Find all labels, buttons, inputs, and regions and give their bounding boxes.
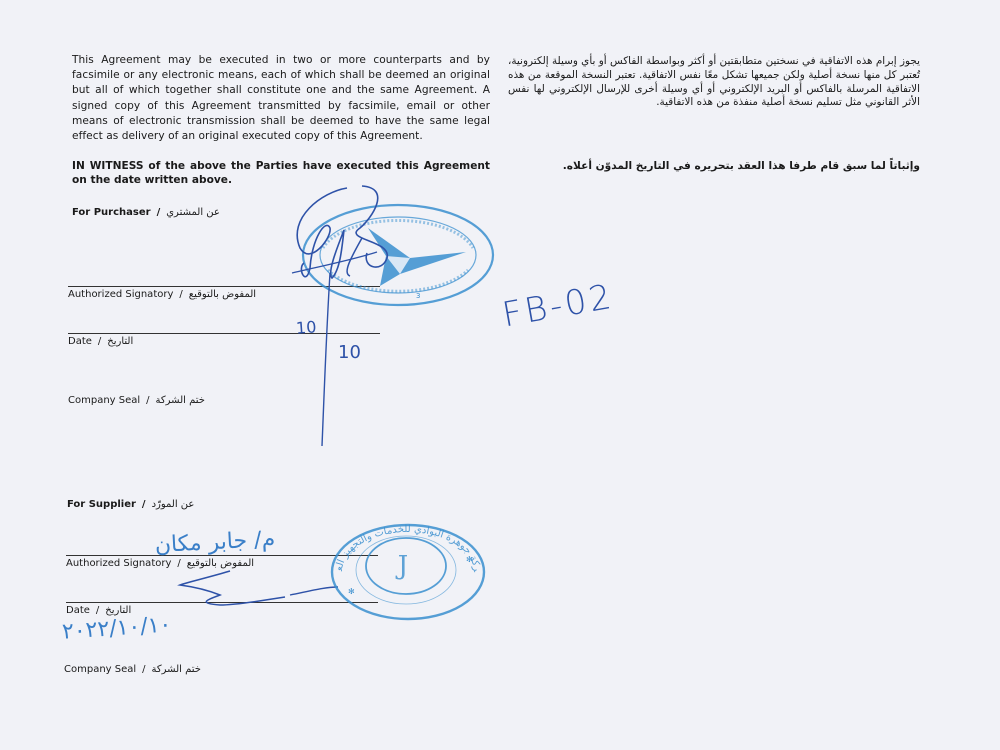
purchaser-handwritten-date-1: 10 bbox=[295, 317, 317, 337]
purchaser-seal-ar: ختم الشركة bbox=[156, 395, 205, 406]
supplier-signatory-label: Authorized Signatory/المفوض بالتوقيع bbox=[66, 558, 254, 569]
separator: / bbox=[179, 289, 182, 300]
arabic-counterparts-clause: يجوز إبرام هذه الاتفاقية في نسختين متطاب… bbox=[508, 55, 920, 110]
supplier-seal-ar: ختم الشركة bbox=[152, 664, 201, 675]
separator: / bbox=[96, 605, 99, 616]
supplier-signature bbox=[150, 565, 350, 615]
purchaser-heading-en: For Purchaser bbox=[72, 207, 151, 218]
purchaser-seal-en: Company Seal bbox=[68, 395, 140, 406]
separator: / bbox=[142, 664, 145, 675]
supplier-handwritten-date: ٢٠٢٢/١٠/١٠ bbox=[61, 612, 172, 645]
purchaser-signature-line bbox=[68, 286, 380, 287]
supplier-heading: For Supplier/عن المورّد bbox=[67, 499, 194, 510]
purchaser-heading: For Purchaser/عن المشتري bbox=[72, 207, 220, 218]
contract-signature-page: This Agreement may be executed in two or… bbox=[0, 0, 1000, 750]
purchaser-signature bbox=[282, 178, 432, 618]
purchaser-heading-ar: عن المشتري bbox=[166, 207, 220, 218]
purchaser-date-label: Date/التاريخ bbox=[68, 336, 133, 347]
separator: / bbox=[142, 499, 146, 510]
separator: / bbox=[146, 395, 149, 406]
purchaser-signatory-ar: المفوض بالتوقيع bbox=[189, 289, 256, 300]
stamp-logo-letter: J bbox=[395, 551, 408, 581]
english-witness-clause: IN WITNESS of the above the Parties have… bbox=[72, 160, 490, 187]
supplier-date-en: Date bbox=[66, 605, 90, 616]
supplier-date-line bbox=[66, 602, 378, 603]
purchaser-seal-label: Company Seal/ختم الشركة bbox=[68, 395, 205, 406]
handwritten-code-annotation: FB-02 bbox=[499, 277, 617, 336]
purchaser-signatory-en: Authorized Signatory bbox=[68, 289, 173, 300]
stamp-star-icon: ✻ bbox=[466, 555, 473, 564]
purchaser-date-ar: التاريخ bbox=[107, 336, 133, 347]
stamp-star-icon: ✻ bbox=[348, 587, 355, 596]
separator: / bbox=[177, 558, 180, 569]
stamp-arc-text: شركة جوهرة البوادي للخدمات والتجهيز العا… bbox=[328, 522, 482, 573]
purchaser-handwritten-date-2: 10 bbox=[338, 342, 361, 363]
separator: / bbox=[98, 336, 101, 347]
stamp-number: 3 bbox=[416, 292, 420, 300]
supplier-heading-ar: عن المورّد bbox=[152, 499, 195, 510]
purchaser-signatory-label: Authorized Signatory/المفوض بالتوقيع bbox=[68, 289, 256, 300]
english-counterparts-clause: This Agreement may be executed in two or… bbox=[72, 53, 490, 144]
purchaser-date-en: Date bbox=[68, 336, 92, 347]
supplier-heading-en: For Supplier bbox=[67, 499, 136, 510]
stamp-logo-icon bbox=[368, 228, 466, 286]
purchaser-company-stamp: 3 bbox=[298, 200, 498, 310]
supplier-date-label: Date/التاريخ bbox=[66, 605, 131, 616]
supplier-company-stamp: شركة جوهرة البوادي للخدمات والتجهيز العا… bbox=[328, 522, 488, 622]
supplier-seal-en: Company Seal bbox=[64, 664, 136, 675]
supplier-signatory-ar: المفوض بالتوقيع bbox=[187, 558, 254, 569]
arabic-witness-clause: وإثباتاً لما سبق قام طرفا هذا العقد بتحر… bbox=[508, 160, 920, 172]
purchaser-date-line bbox=[68, 333, 380, 334]
separator: / bbox=[157, 207, 161, 218]
supplier-seal-label: Company Seal/ختم الشركة bbox=[64, 664, 201, 675]
svg-text:شركة جوهرة البوادي للخدمات وال: شركة جوهرة البوادي للخدمات والتجهيز العا… bbox=[328, 522, 482, 573]
